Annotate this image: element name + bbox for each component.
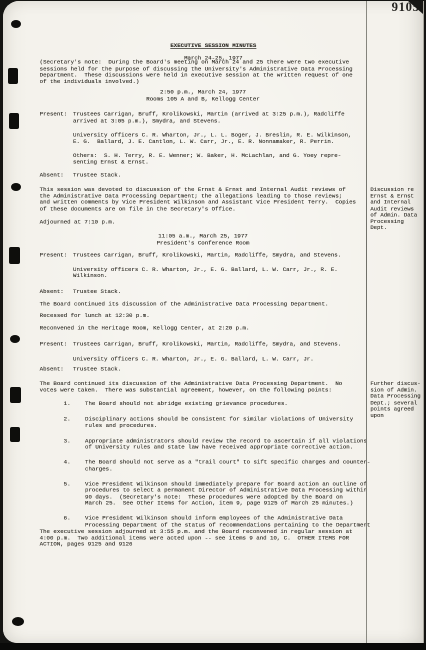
present-label: Present: [40,112,68,118]
punch-hole-mark [10,335,20,343]
bottom-scan-bar [0,643,426,650]
scanned-minutes-page: 9105 EXECUTIVE SESSION MINUTES March 24-… [3,1,424,643]
present-label: Present: [40,252,68,258]
session2-recessed: Recessed for lunch at 12:30 p.m. [40,313,369,319]
session1-datetime: 2:50 p.m., March 24, 1977 Rooms 105 A an… [40,90,367,103]
present-officers: University officers C. R. Wharton, Jr., … [73,267,369,280]
present-officers: University officers C. R. Wharton, Jr., … [73,356,369,362]
session2-datetime: 11:05 a.m., March 25, 1977 President's C… [40,234,367,247]
item-number: 1. [64,401,71,407]
corner-fold-mark [408,1,423,14]
agreed-points-list: 1. The Board should not abridge existing… [64,401,377,537]
binding-mark [10,387,21,403]
present-trustees: Trustees Carrigan, Bruff, Krolikowski, M… [73,252,369,258]
absent-label: Absent: [40,172,64,178]
present-label: Present: [40,342,68,348]
punch-hole-mark [12,617,24,626]
absent-name: Trustee Stack. [73,366,369,372]
list-item: 4. The Board should not serve as a "trai… [64,460,377,473]
margin-note-rule [366,1,367,643]
session1-present-block: Present: Trustees Carrigan, Bruff, Kroli… [40,112,369,174]
item-text: Disciplinary actions should be consisten… [85,416,377,429]
list-item: 2. Disciplinary actions should be consis… [64,416,377,429]
session2-continued: The Board continued its discussion of th… [40,302,369,308]
document-title: EXECUTIVE SESSION MINUTES [170,42,256,49]
item-number: 2. [64,416,71,422]
item-text: The Board should not abridge existing gr… [85,401,377,407]
binding-mark [10,427,20,442]
item-text: The Board should not serve as a "trail c… [85,460,377,473]
list-item: 1. The Board should not abridge existing… [64,401,377,407]
item-text: Vice President Wilkinson should inform e… [85,516,377,529]
absent-label: Absent: [40,366,64,372]
closing-paragraph: The executive session adjourned at 3:55 … [40,529,371,548]
session1-adjourned: Adjourned at 7:10 p.m. [40,220,369,226]
present-trustees: Trustees Carrigan, Bruff, Krolikowski, M… [73,112,369,125]
present-others: Others: S. H. Terry, R. E. Wenner; W. Ba… [73,153,369,166]
punch-hole-mark [11,183,21,191]
session2-present-block: Present: Trustees Carrigan, Bruff, Kroli… [40,252,369,287]
punch-hole-mark [11,20,21,28]
session3-reconvened: Reconvened in the Heritage Room, Kellogg… [40,326,369,332]
binding-mark [9,113,19,129]
document-body: 9105 EXECUTIVE SESSION MINUTES March 24-… [3,1,423,643]
list-item: 5. Vice President Wilkinson should immed… [64,481,377,506]
list-item: 3. Appropriate administrators should rev… [64,438,377,451]
item-text: Vice President Wilkinson should immediat… [85,481,377,506]
present-content: Trustees Carrigan, Bruff, Krolikowski, M… [73,112,369,166]
margin-note: Further discus- sion of Admin. Data Proc… [370,381,423,419]
session3-absent-block: Absent: Trustee Stack. [40,366,369,380]
present-trustees: Trustees Carrigan, Bruff, Krolikowski, M… [73,342,369,348]
item-number: 6. [64,516,71,522]
item-number: 5. [64,481,71,487]
absent-label: Absent: [40,289,64,295]
margin-note: Discussion re Ernst & Ernst and Internal… [370,187,423,231]
present-officers: University officers C. R. Wharton, Jr., … [73,132,369,145]
secretary-note: (Secretary's note: During the Board's me… [40,60,369,85]
absent-name: Trustee Stack. [73,289,369,295]
session1-summary: This session was devoted to discussion o… [40,187,371,212]
list-item: 6. Vice President Wilkinson should infor… [64,516,377,529]
absent-name: Trustee Stack. [73,172,369,178]
item-number: 3. [64,438,71,444]
item-number: 4. [64,460,71,466]
item-text: Appropriate administrators should review… [85,438,377,451]
session3-continued: The Board continued its discussion of th… [40,381,371,394]
session1-absent-block: Absent: Trustee Stack. [40,172,369,186]
binding-mark [9,247,20,264]
binding-mark [8,68,18,84]
